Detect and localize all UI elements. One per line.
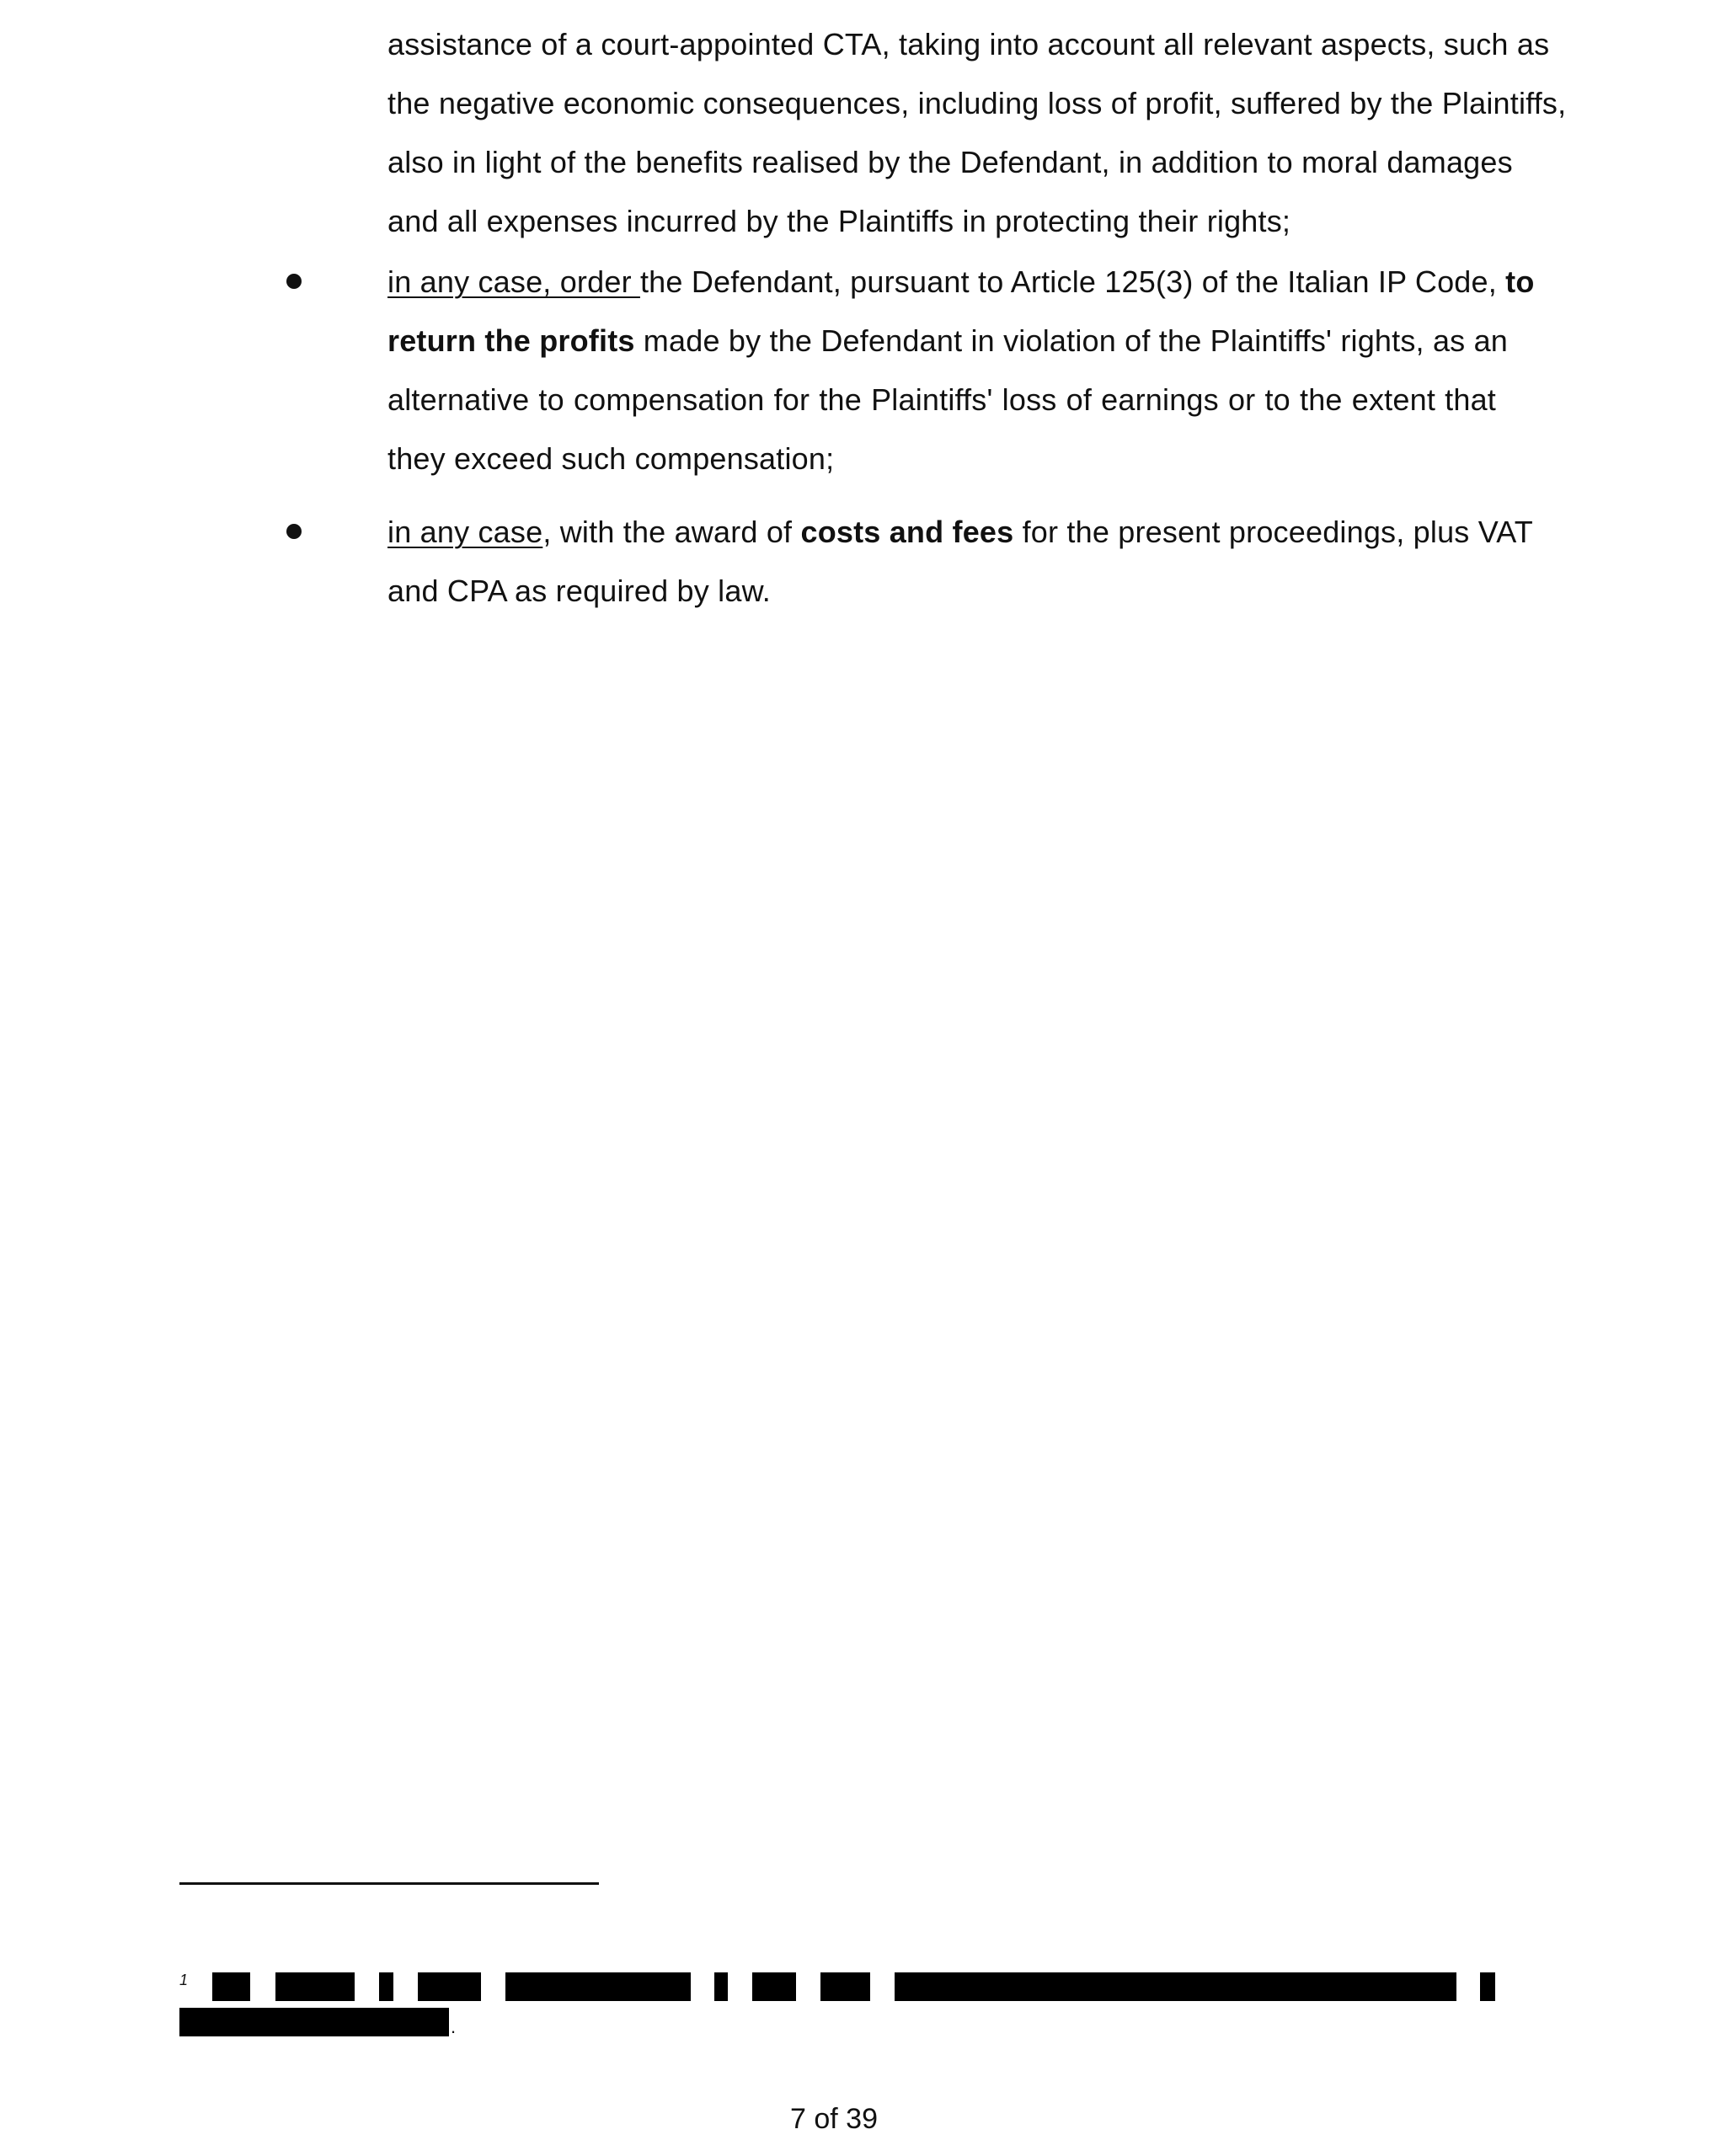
redaction-bar [179,2008,449,2036]
document-page: assistance of a court-appointed CTA, tak… [0,0,1726,2156]
bold-text: return the profits [387,323,635,358]
bullet-text: made by the Defendant in violation of th… [635,323,1508,358]
bullet-text: , with the award of [542,515,800,549]
bullet-line: in any case, with the award of costs and… [387,503,1496,562]
continuation-paragraph: assistance of a court-appointed CTA, tak… [387,15,1496,251]
bold-text: to [1505,264,1534,299]
redaction-bar [275,1972,355,2001]
bullet-item-return-profits: in any case, order the Defendant, pursua… [387,253,1496,488]
bullet-line: they exceed such compensation; [387,430,1496,488]
redaction-bar [418,1972,481,2001]
page-number: 7 of 39 [0,2100,1668,2137]
bullet-icon [286,274,302,289]
bullet-line: and CPA as required by law. [387,562,1496,621]
underlined-lead: in any case, order [387,264,640,299]
bullet-icon [286,524,302,539]
bullet-text: for the present proceedings, plus VAT [1013,515,1533,549]
underlined-lead: in any case [387,515,542,549]
redaction-bar [212,1972,250,2001]
redaction-bar [714,1972,728,2001]
bullet-text: the Defendant, pursuant to Article 125(3… [640,264,1505,299]
footnote-marker: 1 [179,1971,188,1989]
redaction-bar [752,1972,796,2001]
paragraph-line: assistance of a court-appointed CTA, tak… [387,15,1496,74]
paragraph-line: the negative economic consequences, incl… [387,74,1496,133]
footnote-period: . [451,2015,456,2040]
bullet-line: alternative to compensation for the Plai… [387,371,1496,430]
redaction-bar [379,1972,393,2001]
paragraph-line: and all expenses incurred by the Plainti… [387,192,1496,251]
redaction-bar [505,1972,691,2001]
redaction-bar [820,1972,870,2001]
bullet-item-costs-fees: in any case, with the award of costs and… [387,503,1496,621]
redaction-bar [895,1972,1456,2001]
bullet-line: in any case, order the Defendant, pursua… [387,253,1496,312]
footnote-separator [179,1882,599,1885]
bullet-line: return the profits made by the Defendant… [387,312,1496,371]
redaction-bar [1480,1972,1495,2001]
bold-text: costs and fees [800,515,1013,549]
paragraph-line: also in light of the benefits realised b… [387,133,1496,192]
